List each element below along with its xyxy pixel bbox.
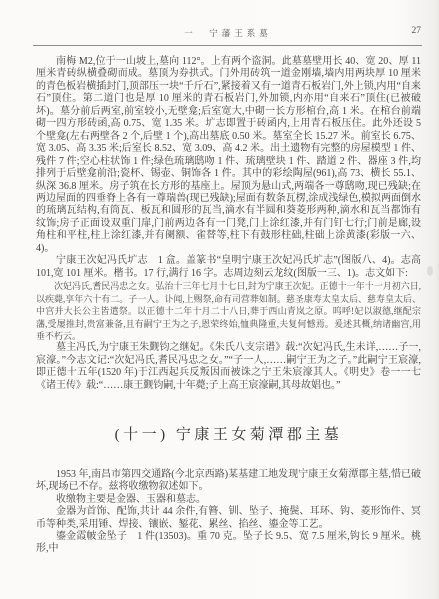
page-number: 27 [412, 26, 422, 36]
running-title: 一 宁藩王系墓 [34, 27, 422, 39]
paragraph-gold-ornaments: 金器为首饰、配饰,共计 44 余件,有簪、钏、坠子、掩鬓、耳环、钩、菱形饰件、冥… [36, 506, 421, 531]
paragraph-discovery-1953: 1953 年,南昌市第四交通路(今北京西路)某基建工地发现宁康王女菊潭郡主墓,惜… [36, 469, 421, 494]
running-header: 一 宁藩王系墓 27 [34, 27, 422, 41]
paragraph-epitaph-cover: 宁康王次妃冯氏圹志 1 盒。盖篆书“皇明宁康王次妃冯氏圹志”(图版八、4)。志高… [36, 255, 421, 280]
section-heading-jutan-princess-tomb: (十一) 宁康王女菊潭郡主墓 [36, 429, 421, 441]
scanned-book-page: 一 宁藩王系墓 27 南梅 M2,位于一山坡上,墓向 112°。上有两个盗洞。此… [0, 0, 439, 599]
paragraph-recovered-items: 收缴物主要是金器、玉器和墓志。 [36, 494, 421, 506]
paragraph-gilt-pendant: 鎏金霞帔金坠子 1 件(13503)。重 70 克。坠子长 9.5、宽 7.5 … [36, 531, 421, 556]
header-rule [33, 45, 422, 46]
paragraph-tomb-nanmei-m2: 南梅 M2,位于一山坡上,墓向 112°。上有两个盗洞。此墓墓壁用长 40、宽 … [36, 56, 421, 255]
paragraph-tomb-owner-feng: 墓主冯氏,为宁康王朱觐钧之继妃。《朱氏八支宗谱》载:“次妃冯氏,生未详,……子一… [36, 342, 421, 392]
epitaph-quote-block: 次妃冯氏,耆民冯忠之女。弘治十三年七月十七日,封为宁康王次妃。正德十一年十一月初… [36, 280, 421, 342]
page-body-text: 南梅 M2,位于一山坡上,墓向 112°。上有两个盗洞。此墓墓壁用长 40、宽 … [36, 56, 421, 556]
scan-smudge [427, 266, 433, 276]
